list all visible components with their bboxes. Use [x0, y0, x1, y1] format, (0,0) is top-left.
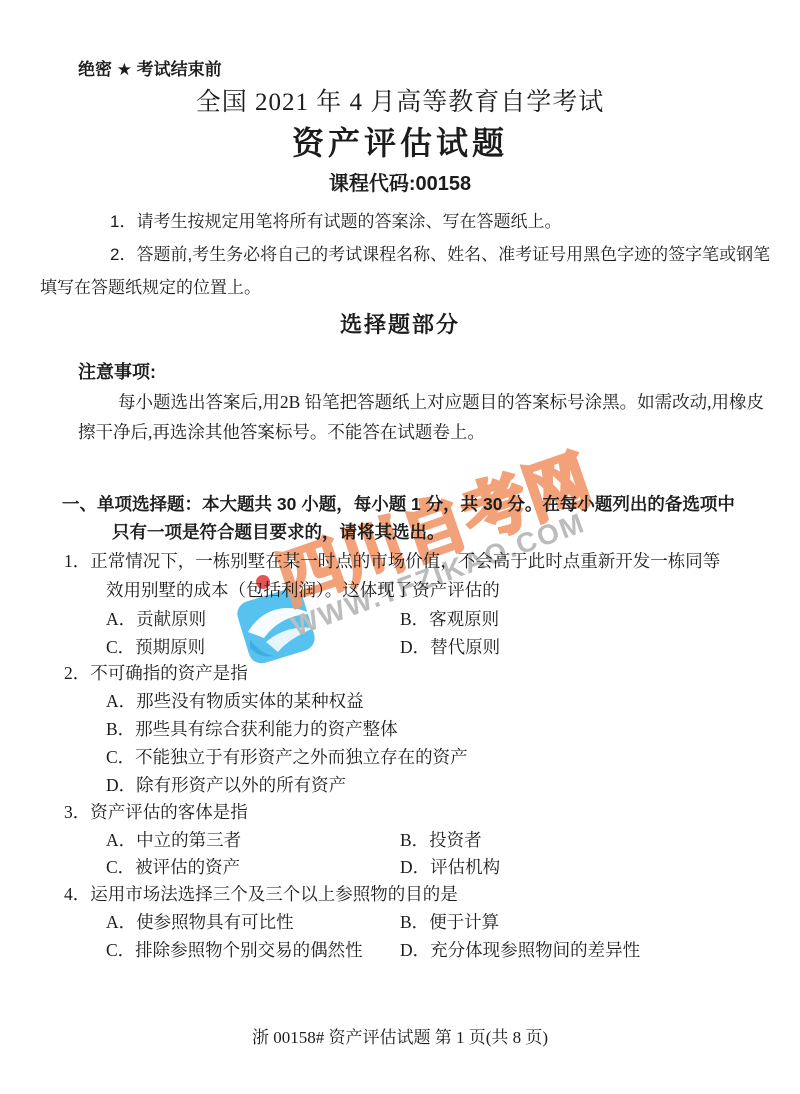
notice-line-2: 擦干净后,再选涂其他答案标号。不能答在试题卷上。 [78, 422, 485, 443]
question-2-option-c: C．不能独立于有形资产之外而独立存在的资产 [106, 747, 468, 768]
instruction-item-2-line-2: 填写在答题纸规定的位置上。 [40, 278, 261, 298]
instruction-item-2-line-1: 2．答题前,考生务必将自己的考试课程名称、姓名、准考证号用黑色字迹的签字笔或钢笔 [110, 245, 770, 265]
page-footer: 浙 00158# 资产评估试题 第 1 页(共 8 页) [0, 1028, 800, 1048]
exam-paper-page: 四川自考网 WWW.TFZIKAO.COM 绝密 ★ 考试结束前 全国 2021… [0, 0, 800, 1094]
question-3-stem: 3．资产评估的客体是指 [64, 802, 248, 823]
mcq-heading-line-1: 一、单项选择题：本大题共 30 小题，每小题 1 分，共 30 分。在每小题列出… [62, 494, 735, 515]
question-4-option-c: C．排除参照物个别交易的偶然性 [106, 940, 363, 961]
notice-line-1: 每小题选出答案后,用2B 铅笔把答题纸上对应题目的答案标号涂黑。如需改动,用橡皮 [118, 392, 764, 413]
secrecy-label: 绝密 ★ 考试结束前 [78, 60, 222, 80]
question-1-stem-line-2: 效用别墅的成本（包括利润）。这体现了资产评估的 [106, 580, 500, 601]
instruction-item-1: 1．请考生按规定用笔将所有试题的答案涂、写在答题纸上。 [110, 212, 561, 232]
question-1-option-b: B．客观原则 [400, 609, 499, 630]
question-1-option-d: D．替代原则 [400, 637, 500, 658]
question-4-option-d: D．充分体现参照物间的差异性 [400, 940, 640, 961]
question-3-option-a: A．中立的第三者 [106, 830, 241, 851]
section-title: 选择题部分 [0, 312, 800, 338]
question-1-option-a: A．贡献原则 [106, 609, 206, 630]
exam-title: 全国 2021 年 4 月高等教育自学考试 [0, 88, 800, 118]
notice-heading: 注意事项: [78, 362, 156, 384]
mcq-heading-line-2: 只有一项是符合题目要求的，请将其选出。 [112, 522, 445, 543]
question-3-option-c: C．被评估的资产 [106, 857, 240, 878]
question-2-option-d: D．除有形资产以外的所有资产 [106, 775, 346, 796]
question-3-option-b: B．投资者 [400, 830, 482, 851]
course-code: 课程代码:00158 [0, 172, 800, 196]
question-4-option-a: A．使参照物具有可比性 [106, 912, 294, 933]
question-2-option-a: A．那些没有物质实体的某种权益 [106, 691, 364, 712]
question-4-option-b: B．便于计算 [400, 912, 499, 933]
question-1-option-c: C．预期原则 [106, 637, 205, 658]
paper-title: 资产评估试题 [0, 124, 800, 162]
question-3-option-d: D．评估机构 [400, 857, 500, 878]
question-2-option-b: B．那些具有综合获利能力的资产整体 [106, 719, 398, 740]
question-2-stem: 2．不可确指的资产是指 [64, 663, 248, 684]
question-1-stem-line-1: 1．正常情况下，一栋别墅在某一时点的市场价值，不会高于此时点重新开发一栋同等 [64, 551, 720, 572]
question-4-stem: 4．运用市场法选择三个及三个以上参照物的目的是 [64, 884, 458, 905]
